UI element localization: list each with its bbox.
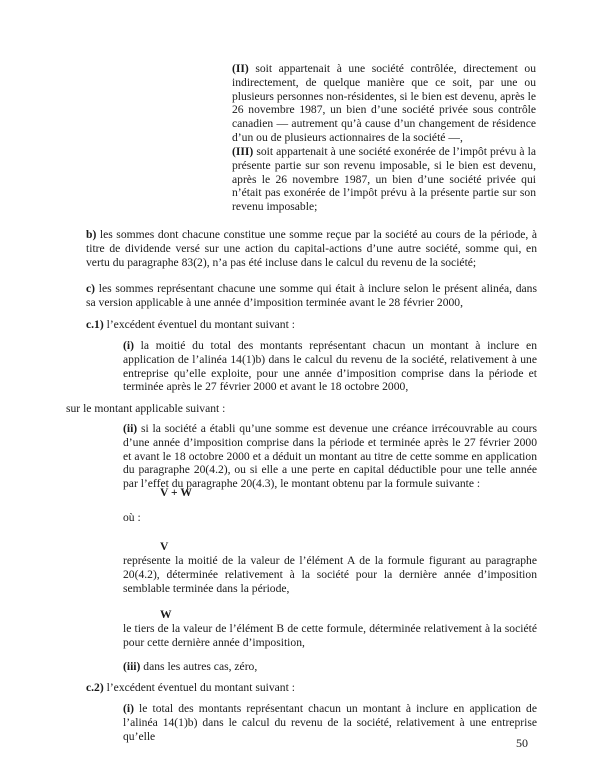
clause-text: soit appartenait à une société exonérée … xyxy=(232,145,536,213)
clause-text: soit appartenait à une société contrôlée… xyxy=(232,62,536,144)
subparagraph-c1-i: (i) la moitié du total des montants repr… xyxy=(123,339,537,394)
subparagraph-label: (i) xyxy=(123,702,134,715)
paragraph-label: c.2) xyxy=(86,681,104,694)
where-label: où : xyxy=(123,511,223,525)
page-number: 50 xyxy=(516,737,546,751)
paragraph-label: c.1) xyxy=(86,318,104,331)
subparagraph-label: (i) xyxy=(123,339,134,352)
subparagraph-c1-ii: (ii) si la société a établi qu’une somme… xyxy=(123,422,537,491)
paragraph-b: b) les sommes dont chacune constitue une… xyxy=(86,228,537,269)
subparagraph-c2-i: (i) le total des montants représentant c… xyxy=(123,702,537,757)
paragraph-text: les sommes représentant chacune une somm… xyxy=(86,282,537,309)
formula: V + W xyxy=(160,486,360,500)
subparagraph-text: si la société a établi qu’une somme est … xyxy=(123,422,537,490)
subparagraph-text: dans les autres cas, zéro, xyxy=(140,660,257,673)
paragraph-c1: c.1) l’excédent éventuel du montant suiv… xyxy=(86,318,537,332)
paragraph-text: l’excédent éventuel du montant suivant : xyxy=(104,318,295,331)
variable-W-definition: le tiers de la valeur de l’élément B de … xyxy=(123,622,537,650)
subparagraph-text: la moitié du total des montants représen… xyxy=(123,339,537,393)
variable-V-label: V xyxy=(160,540,210,554)
variable-V-definition: représente la moitié de la valeur de l’é… xyxy=(123,554,537,595)
clause-label: (III) xyxy=(232,145,253,158)
clause-III: (III) soit appartenait à une société exo… xyxy=(232,145,536,214)
subparagraph-label: (iii) xyxy=(123,660,140,673)
transition-text: sur le montant applicable suivant : xyxy=(66,402,536,416)
paragraph-c2: c.2) l’excédent éventuel du montant suiv… xyxy=(86,681,537,695)
clause-label: (II) xyxy=(232,62,249,75)
clause-II: (II) soit appartenait à une société cont… xyxy=(232,62,536,145)
subparagraph-label: (ii) xyxy=(123,422,137,435)
paragraph-label: c) xyxy=(86,282,95,295)
subparagraph-c1-iii: (iii) dans les autres cas, zéro, xyxy=(123,660,537,674)
paragraph-text: l’excédent éventuel du montant suivant : xyxy=(104,681,295,694)
paragraph-label: b) xyxy=(86,228,96,241)
paragraph-text: les sommes dont chacune constitue une so… xyxy=(86,228,537,269)
paragraph-c: c) les sommes représentant chacune une s… xyxy=(86,282,537,310)
subparagraph-text: le total des montants représentant chacu… xyxy=(123,702,537,743)
variable-W-label: W xyxy=(160,608,210,622)
